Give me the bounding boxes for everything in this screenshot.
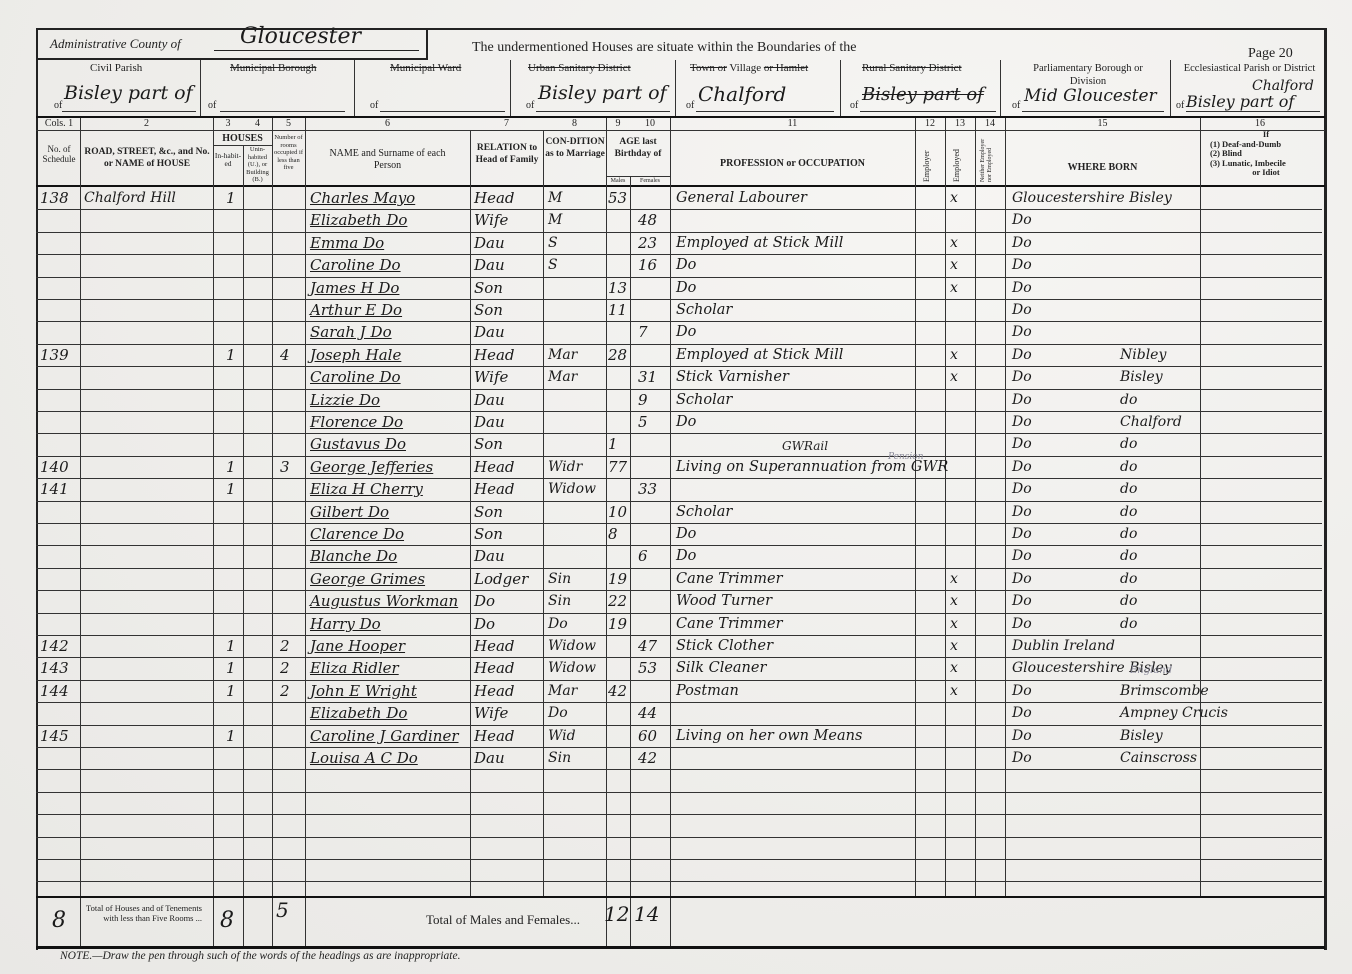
where-born-place: do bbox=[1120, 478, 1137, 500]
age-female: 23 bbox=[638, 232, 657, 254]
employed-mark: x bbox=[950, 232, 958, 254]
marital-condition: Sin bbox=[548, 747, 571, 769]
person-name: Elizabeth Do bbox=[310, 702, 407, 724]
where-born-place: do bbox=[1120, 389, 1137, 411]
inhabited-mark: 1 bbox=[226, 725, 236, 747]
females-total: 14 bbox=[634, 902, 659, 926]
row-divider bbox=[36, 859, 1322, 860]
where-born: Do bbox=[1012, 456, 1032, 478]
ecclesiastical-value: Bisley part of bbox=[1186, 92, 1294, 111]
relation: Son bbox=[474, 299, 503, 321]
relation: Son bbox=[474, 433, 503, 455]
person-name: Caroline J Gardiner bbox=[310, 725, 459, 747]
person-name: Louisa A C Do bbox=[310, 747, 418, 769]
schedule-number: 141 bbox=[40, 478, 69, 500]
schedules-total: 8 bbox=[52, 908, 66, 933]
gwr-annotation: GWRail bbox=[782, 439, 828, 453]
col-employed-header: Employed bbox=[952, 149, 961, 182]
age-female: 5 bbox=[638, 411, 648, 433]
inhabited-mark: 1 bbox=[226, 344, 236, 366]
where-born: Do bbox=[1012, 568, 1032, 590]
civil-parish-value: Bisley part of bbox=[64, 82, 193, 104]
age-female: 53 bbox=[638, 657, 657, 679]
where-born: Do bbox=[1012, 389, 1032, 411]
relation: Son bbox=[474, 523, 503, 545]
parliamentary-label: Parliamentary Borough or Division bbox=[1018, 62, 1158, 88]
marital-condition: S bbox=[548, 232, 558, 254]
occupation: Do bbox=[676, 523, 696, 545]
where-born: Do bbox=[1012, 702, 1032, 724]
where-born-place: do bbox=[1120, 590, 1137, 612]
town-village-value: Chalford bbox=[698, 82, 786, 106]
person-name: Emma Do bbox=[310, 232, 384, 254]
occupation: Stick Varnisher bbox=[676, 366, 789, 388]
marital-condition: M bbox=[548, 209, 562, 231]
relation: Lodger bbox=[474, 568, 528, 590]
person-name: Elizabeth Do bbox=[310, 209, 407, 231]
where-born: Do bbox=[1012, 523, 1032, 545]
person-name: Florence Do bbox=[310, 411, 403, 433]
where-born: Do bbox=[1012, 747, 1032, 769]
age-female: 31 bbox=[638, 366, 657, 388]
employed-mark: x bbox=[950, 635, 958, 657]
row-divider bbox=[36, 881, 1322, 882]
schedule-number: 139 bbox=[40, 344, 69, 366]
row-divider bbox=[36, 837, 1322, 838]
marital-condition: Widow bbox=[548, 635, 596, 657]
relation: Dau bbox=[474, 411, 505, 433]
person-name: James H Do bbox=[310, 277, 399, 299]
person-name: George Grimes bbox=[310, 568, 425, 590]
age-female: 60 bbox=[638, 725, 657, 747]
where-born: Do bbox=[1012, 590, 1032, 612]
relation: Dau bbox=[474, 545, 505, 567]
occupation: Silk Cleaner bbox=[676, 657, 766, 679]
schedule-number: 140 bbox=[40, 456, 69, 478]
marital-condition: Do bbox=[548, 702, 568, 724]
inhabited-mark: 1 bbox=[226, 635, 236, 657]
inhabited-mark: 1 bbox=[226, 680, 236, 702]
urban-sanitary-value: Bisley part of bbox=[538, 82, 667, 104]
where-born: Dublin Ireland bbox=[1012, 635, 1115, 657]
where-born-place: Nibley bbox=[1120, 344, 1166, 366]
col-house-header: ROAD, STREET, &c., and No. or NAME of HO… bbox=[82, 146, 212, 170]
relation: Head bbox=[474, 456, 515, 478]
occupation: Stick Clother bbox=[676, 635, 773, 657]
occupation: Employed at Stick Mill bbox=[676, 232, 843, 254]
employed-mark: x bbox=[950, 366, 958, 388]
age-female: 44 bbox=[638, 702, 657, 724]
age-male: 28 bbox=[608, 344, 627, 366]
where-born-place: Bisley bbox=[1120, 366, 1163, 388]
inhabited-mark: 1 bbox=[226, 478, 236, 500]
schedule-number: 142 bbox=[40, 635, 69, 657]
person-name: Charles Mayo bbox=[310, 187, 415, 209]
occupation: Scholar bbox=[676, 389, 732, 411]
age-male: 13 bbox=[608, 277, 627, 299]
col-houses-header: HOUSES bbox=[213, 133, 272, 145]
municipal-borough-label: Municipal Borough bbox=[230, 62, 316, 74]
employed-mark: x bbox=[950, 254, 958, 276]
where-born-place: Cainscross bbox=[1120, 747, 1197, 769]
age-female: 6 bbox=[638, 545, 648, 567]
marital-condition: S bbox=[548, 254, 558, 276]
col-schedule-header: No. of Schedule bbox=[39, 144, 79, 164]
relation: Head bbox=[474, 635, 515, 657]
marital-condition: Widow bbox=[548, 478, 596, 500]
relation: Dau bbox=[474, 232, 505, 254]
age-male: 19 bbox=[608, 613, 627, 635]
where-born: Do bbox=[1012, 254, 1032, 276]
inhabited-mark: 1 bbox=[226, 456, 236, 478]
age-female: 9 bbox=[638, 389, 648, 411]
col-age-header: AGE last Birthday of bbox=[607, 136, 669, 160]
person-name: Lizzie Do bbox=[310, 389, 380, 411]
col-inhabited-header: In-habit-ed bbox=[214, 152, 242, 168]
where-born-place: do bbox=[1120, 433, 1137, 455]
where-born: Gloucestershire Bisley bbox=[1012, 187, 1172, 209]
relation: Dau bbox=[474, 254, 505, 276]
rural-sanitary-label: Rural Sanitary District bbox=[862, 62, 962, 74]
person-name: Caroline Do bbox=[310, 254, 401, 276]
where-born-place: Ampney Crucis bbox=[1120, 702, 1228, 724]
occupation: Cane Trimmer bbox=[676, 568, 783, 590]
person-name: John E Wright bbox=[310, 680, 417, 702]
employed-mark: x bbox=[950, 277, 958, 299]
col-relation-header: RELATION to Head of Family bbox=[471, 142, 543, 166]
marital-condition: Mar bbox=[548, 366, 577, 388]
row-divider bbox=[36, 769, 1322, 770]
rooms-count: 3 bbox=[280, 456, 290, 478]
parliamentary-value: Mid Gloucester bbox=[1024, 86, 1157, 106]
person-name: Harry Do bbox=[310, 613, 381, 635]
inhabited-mark: 1 bbox=[226, 187, 236, 209]
person-name: Clarence Do bbox=[310, 523, 404, 545]
relation: Son bbox=[474, 277, 503, 299]
where-born: Do bbox=[1012, 680, 1032, 702]
col-condition-header: CON-DITION as to Marriage bbox=[544, 136, 606, 160]
age-female: 16 bbox=[638, 254, 657, 276]
age-male: 19 bbox=[608, 568, 627, 590]
occupation: Wood Turner bbox=[676, 590, 772, 612]
row-divider bbox=[36, 792, 1322, 793]
col-where-born-header: WHERE BORN bbox=[1005, 162, 1200, 174]
employed-mark: x bbox=[950, 613, 958, 635]
person-name: Augustus Workman bbox=[310, 590, 458, 612]
person-name: Eliza Ridler bbox=[310, 657, 399, 679]
marital-condition: M bbox=[548, 187, 562, 209]
schedule-number: 143 bbox=[40, 657, 69, 679]
age-female: 42 bbox=[638, 747, 657, 769]
relation: Son bbox=[474, 501, 503, 523]
relation: Dau bbox=[474, 747, 505, 769]
footer-note: NOTE.—Draw the pen through such of the w… bbox=[60, 950, 460, 962]
occupation: Postman bbox=[676, 680, 739, 702]
where-born-place: do bbox=[1120, 456, 1137, 478]
england-annotation: England bbox=[1130, 665, 1172, 676]
age-female: 33 bbox=[638, 478, 657, 500]
where-born: Do bbox=[1012, 209, 1032, 231]
occupation: Scholar bbox=[676, 501, 732, 523]
relation: Wife bbox=[474, 366, 508, 388]
col-rooms-header: Number of rooms occupied if less than fi… bbox=[273, 134, 304, 172]
row-divider bbox=[36, 814, 1322, 815]
marital-condition: Wid bbox=[548, 725, 576, 747]
employed-mark: x bbox=[950, 657, 958, 679]
where-born: Do bbox=[1012, 344, 1032, 366]
col-occupation-header: PROFESSION or OCCUPATION bbox=[680, 158, 905, 170]
relation: Do bbox=[474, 590, 495, 612]
age-male: 53 bbox=[608, 187, 627, 209]
person-name: Blanche Do bbox=[310, 545, 397, 567]
employed-mark: x bbox=[950, 568, 958, 590]
occupation: Do bbox=[676, 411, 696, 433]
urban-sanitary-label: Urban Sanitary District bbox=[528, 62, 631, 74]
person-name: Arthur E Do bbox=[310, 299, 402, 321]
col-uninhabited-header: Unin-habited (U.), or Building (B.) bbox=[244, 146, 271, 184]
age-female: 7 bbox=[638, 321, 648, 343]
person-name: Gustavus Do bbox=[310, 433, 406, 455]
ecclesiastical-label: Ecclesiastical Parish or District bbox=[1182, 62, 1317, 75]
relation: Head bbox=[474, 680, 515, 702]
schedule-number: 145 bbox=[40, 725, 69, 747]
age-male: 1 bbox=[608, 433, 618, 455]
where-born: Do bbox=[1012, 433, 1032, 455]
employed-mark: x bbox=[950, 680, 958, 702]
age-female: 48 bbox=[638, 209, 657, 231]
occupation: Do bbox=[676, 277, 696, 299]
where-born-place: do bbox=[1120, 523, 1137, 545]
where-born-place: Brimscombe bbox=[1120, 680, 1209, 702]
census-page: Administrative County of Gloucester The … bbox=[0, 0, 1352, 974]
relation: Dau bbox=[474, 389, 505, 411]
houses-total-label: Total of Houses and of Tenements with le… bbox=[84, 903, 202, 923]
person-name: George Jefferies bbox=[310, 456, 433, 478]
age-male: 11 bbox=[608, 299, 627, 321]
marital-condition: Widow bbox=[548, 657, 596, 679]
where-born: Do bbox=[1012, 321, 1032, 343]
marital-condition: Mar bbox=[548, 680, 577, 702]
rooms-count: 4 bbox=[280, 344, 290, 366]
where-born: Do bbox=[1012, 277, 1032, 299]
relation: Dau bbox=[474, 321, 505, 343]
relation: Head bbox=[474, 657, 515, 679]
where-born-place: do bbox=[1120, 568, 1137, 590]
schedule-number: 138 bbox=[40, 187, 69, 209]
males-females-label: Total of Males and Females... bbox=[426, 912, 580, 928]
relation: Head bbox=[474, 478, 515, 500]
marital-condition: Mar bbox=[548, 344, 577, 366]
occupation: Do bbox=[676, 321, 696, 343]
where-born: Do bbox=[1012, 366, 1032, 388]
where-born: Do bbox=[1012, 613, 1032, 635]
occupation: Employed at Stick Mill bbox=[676, 344, 843, 366]
occupation: Scholar bbox=[676, 299, 732, 321]
rooms-count: 2 bbox=[280, 635, 290, 657]
civil-parish-label: Civil Parish bbox=[90, 62, 142, 74]
occupation: Do bbox=[676, 545, 696, 567]
rooms-count: 2 bbox=[280, 657, 290, 679]
schedule-number: 144 bbox=[40, 680, 69, 702]
rooms-count: 2 bbox=[280, 680, 290, 702]
employed-mark: x bbox=[950, 590, 958, 612]
age-male: 42 bbox=[608, 680, 627, 702]
where-born: Do bbox=[1012, 725, 1032, 747]
col-infirmity-header: If (1) Deaf-and-Dumb (2) Blind (3) Lunat… bbox=[1210, 130, 1322, 178]
row-divider bbox=[36, 209, 1322, 210]
where-born-place: do bbox=[1120, 545, 1137, 567]
where-born: Do bbox=[1012, 232, 1032, 254]
col-males-header: Males bbox=[606, 177, 630, 185]
inhabited-total: 8 bbox=[220, 908, 234, 933]
age-male: 10 bbox=[608, 501, 627, 523]
where-born-place: do bbox=[1120, 501, 1137, 523]
age-male: 77 bbox=[608, 456, 627, 478]
relation: Head bbox=[474, 187, 515, 209]
marital-condition: Do bbox=[548, 613, 568, 635]
occupation: Cane Trimmer bbox=[676, 613, 783, 635]
occupation: Do bbox=[676, 254, 696, 276]
occupation: Living on her own Means bbox=[676, 725, 862, 747]
where-born: Do bbox=[1012, 299, 1032, 321]
relation: Head bbox=[474, 725, 515, 747]
person-name: Joseph Hale bbox=[310, 344, 401, 366]
age-male: 22 bbox=[608, 590, 627, 612]
house-name: Chalford Hill bbox=[84, 187, 176, 209]
col-neither-header: Neither Employer nor Employed bbox=[980, 132, 994, 182]
person-name: Eliza H Cherry bbox=[310, 478, 423, 500]
age-male: 8 bbox=[608, 523, 618, 545]
municipal-ward-label: Municipal Ward bbox=[390, 62, 461, 74]
col-females-header: Females bbox=[630, 177, 670, 185]
marital-condition: Widr bbox=[548, 456, 582, 478]
employed-mark: x bbox=[950, 187, 958, 209]
occupation: General Labourer bbox=[676, 187, 807, 209]
person-name: Caroline Do bbox=[310, 366, 401, 388]
relation: Wife bbox=[474, 702, 508, 724]
col-name-header: NAME and Surname of each Person bbox=[315, 148, 460, 172]
relation: Head bbox=[474, 344, 515, 366]
employed-mark: x bbox=[950, 344, 958, 366]
males-total: 12 bbox=[604, 902, 629, 926]
where-born-place: Bisley bbox=[1120, 725, 1163, 747]
rooms-total: 5 bbox=[276, 898, 289, 922]
where-born-place: do bbox=[1120, 613, 1137, 635]
where-born: Do bbox=[1012, 545, 1032, 567]
relation: Wife bbox=[474, 209, 508, 231]
marital-condition: Sin bbox=[548, 590, 571, 612]
where-born: Do bbox=[1012, 501, 1032, 523]
person-name: Sarah J Do bbox=[310, 321, 392, 343]
rural-sanitary-value: Bisley part of bbox=[862, 84, 984, 105]
marital-condition: Sin bbox=[548, 568, 571, 590]
col-employer-header: Employer bbox=[922, 150, 931, 182]
town-village-label: Town or Village or Hamlet bbox=[690, 62, 808, 74]
where-born: Do bbox=[1012, 478, 1032, 500]
age-female: 47 bbox=[638, 635, 657, 657]
person-name: Gilbert Do bbox=[310, 501, 389, 523]
inhabited-mark: 1 bbox=[226, 657, 236, 679]
person-name: Jane Hooper bbox=[310, 635, 405, 657]
where-born-place: Chalford bbox=[1120, 411, 1182, 433]
relation: Do bbox=[474, 613, 495, 635]
where-born: Do bbox=[1012, 411, 1032, 433]
pension-annotation: Pension bbox=[888, 452, 924, 462]
